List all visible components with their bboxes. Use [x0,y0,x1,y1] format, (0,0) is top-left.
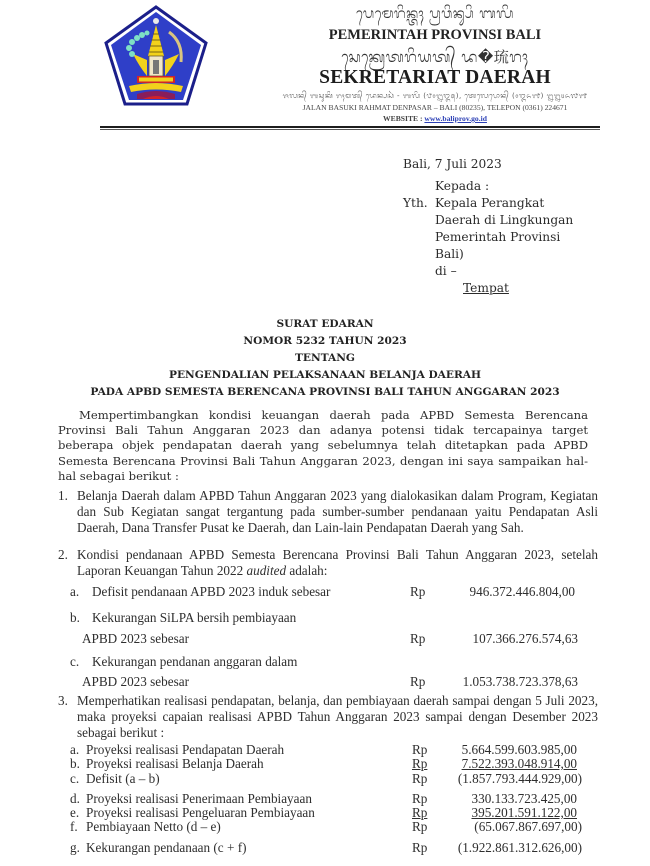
addressee-block: Kepada : Yth.Kepala Perangkat Daerah di … [403,178,573,297]
letterhead-divider [100,126,600,128]
yth-label: Yth. [403,195,435,212]
row-desc: Proyeksi realisasi Belanja Daerah [86,756,264,772]
funding-row-c-cont: APBD 2023 sebesar [82,674,382,690]
row-label: a. [70,584,92,600]
title-surat-edaran: SURAT EDARAN [0,318,650,330]
projection-row: b.Proyeksi realisasi Belanja Daerah [70,756,400,772]
currency: Rp [410,584,440,600]
row-desc: APBD 2023 sebesar [82,674,382,690]
row-label: f. [70,819,86,835]
recipient-line: Bali) [435,246,464,263]
title-subject-2: PADA APBD SEMESTA BERENCANA PROVINSI BAL… [0,386,650,398]
bali-province-emblem-icon [103,4,209,108]
website-link[interactable]: www.baliprov.go.id [424,114,487,123]
projection-amount: Rp(65.067.867.697,00) [412,819,582,835]
website-line: WEBSITE : www.baliprov.go.id [220,114,650,123]
intro-paragraph: Mempertimbangkan kondisi keuangan daerah… [58,408,588,484]
recipient-line: Kepala Perangkat [435,195,544,212]
row-desc: Defisit pendanaan APBD 2023 induk sebesa… [92,584,400,600]
funding-row-b-cont: APBD 2023 sebesar [82,631,382,647]
recipient-line: Daerah di Lingkungan [435,212,573,229]
di-label: di – [435,263,457,280]
row-label: c. [70,654,92,670]
list-item-1: 1. Belanja Daerah dalam APBD Tahun Angga… [58,488,598,536]
funding-row-a: a. Defisit pendanaan APBD 2023 induk seb… [70,584,400,600]
row-label: c. [70,771,86,787]
projection-amount: Rp(1.857.793.444.929,00) [412,771,582,787]
list-item-2: 2. Kondisi pendanaan APBD Semesta Berenc… [58,547,598,579]
amount: 107.366.276.574,63 [440,631,600,647]
balinese-script-organization: ᬧᬾᬫᬾᬭᬶᬦ᭄ᬢᬄ ᬧ᭄ᬭᬯᬶᬦ᭄ᬲᬶ ᬩᬮᬶ [220,4,650,29]
currency: Rp [412,756,431,772]
title-tentang: TENTANG [0,352,650,364]
list-text: Belanja Daerah dalam APBD Tahun Anggaran… [73,488,598,536]
department-name: SEKRETARIAT DAERAH [220,67,650,89]
list-number: 3. [58,693,73,741]
to-label: Kepada : [435,178,489,195]
amount: (1.857.793.444.929,00) [431,771,582,787]
intro-text: Mempertimbangkan kondisi keuangan daerah… [58,408,588,484]
recipient-line: Pemerintah Provinsi [435,229,560,246]
currency: Rp [412,771,431,787]
row-label: b. [70,610,92,626]
list-text-italic: audited [247,563,287,578]
currency: Rp [410,631,440,647]
amount: (1.922.861.312.626,00) [431,840,582,856]
amount: 1.053.738.723.378,63 [440,674,600,690]
list-number: 1. [58,488,73,536]
organization-name: PEMERINTAH PROVINSI BALI [220,27,650,44]
currency: Rp [412,819,431,835]
projection-row: g.Kekurangan pendanaan (c + f) [70,840,400,856]
row-desc: Kekurangan pendanaan (c + f) [86,840,246,856]
funding-row-c: c. Kekurangan pendanan anggaran dalam [70,654,400,670]
list-item-3: 3. Memperhatikan realisasi pendapatan, b… [58,693,598,741]
letterhead-divider-thin [100,129,600,130]
currency: Rp [412,840,431,856]
projection-row: c.Defisit (a – b) [70,771,400,787]
amount: (65.067.867.697,00) [431,819,582,835]
row-desc: Pembiayaan Netto (d – e) [86,819,221,835]
projection-row: f.Pembiayaan Netto (d – e) [70,819,400,835]
funding-amount-b: Rp 107.366.276.574,63 [410,631,600,647]
projection-amount: Rp(1.922.861.312.626,00) [412,840,582,856]
funding-row-b: b. Kekurangan SiLPA bersih pembiayaan [70,610,400,626]
row-label: g. [70,840,86,856]
list-text: Memperhatikan realisasi pendapatan, bela… [73,693,598,741]
funding-amount-a: Rp 946.372.446.804,00 [410,584,600,600]
tempat-label: Tempat [435,280,509,297]
website-label: WEBSITE : [383,114,422,123]
list-number: 2. [58,547,73,579]
row-desc: Kekurangan pendanan anggaran dalam [92,654,400,670]
amount: 7.522.393.048.914,00 [431,756,582,772]
list-text-part: Kondisi pendanaan APBD Semesta Berencana… [77,547,598,578]
place-date: Bali, 7 Juli 2023 [403,157,502,171]
row-desc: Defisit (a – b) [86,771,160,787]
row-label: b. [70,756,86,772]
address-line: JALAN BASUKI RAHMAT DENPASAR – BALI (802… [220,103,650,112]
row-desc: Kekurangan SiLPA bersih pembiayaan [92,610,400,626]
title-subject: PENGENDALIAN PELAKSANAAN BELANJA DAERAH [0,369,650,381]
funding-amount-c: Rp 1.053.738.723.378,63 [410,674,600,690]
list-text-part: adalah: [286,563,327,578]
currency: Rp [410,674,440,690]
projection-amount: Rp7.522.393.048.914,00 [412,756,582,772]
title-nomor: NOMOR 5232 TAHUN 2023 [0,335,650,347]
amount: 946.372.446.804,00 [440,584,600,600]
list-text: Kondisi pendanaan APBD Semesta Berencana… [73,547,598,579]
row-desc: APBD 2023 sebesar [82,631,382,647]
